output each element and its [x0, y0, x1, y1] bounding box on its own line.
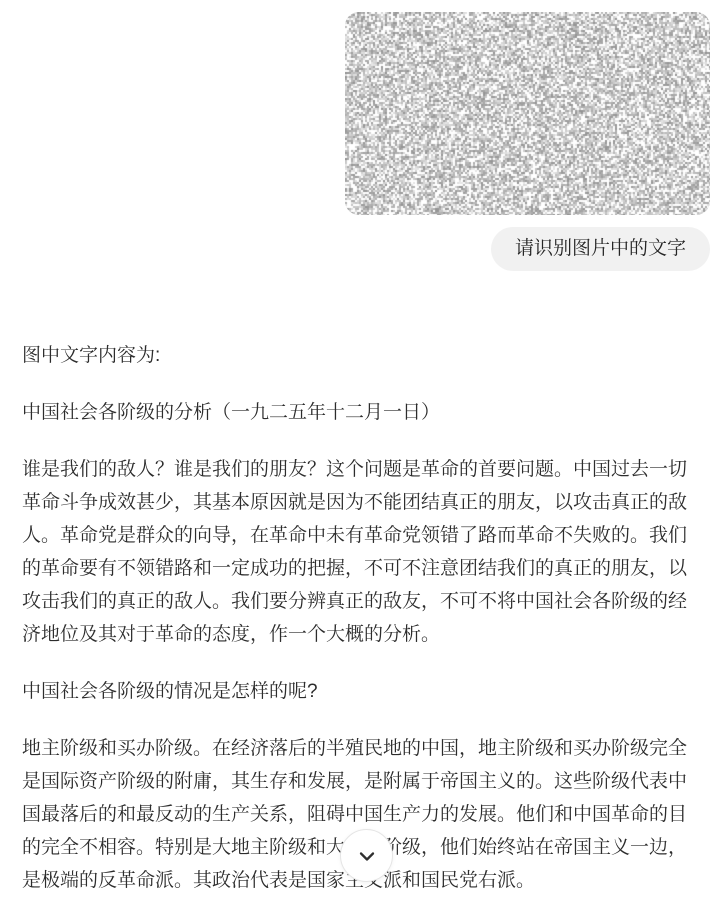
- chevron-down-icon: [355, 844, 379, 868]
- assistant-paragraph-body-1: 谁是我们的敌人？谁是我们的朋友？这个问题是革命的首要问题。中国过去一切革命斗争成…: [22, 453, 698, 651]
- noise-image-canvas: [345, 12, 710, 215]
- chat-page: 请识别图片中的文字 图中文字内容为: 中国社会各阶级的分析（一九二五年十二月一日…: [0, 0, 720, 900]
- assistant-message: 图中文字内容为: 中国社会各阶级的分析（一九二五年十二月一日） 谁是我们的敌人？…: [22, 339, 698, 897]
- user-message: 请识别图片中的文字: [0, 12, 720, 271]
- scroll-to-bottom-button[interactable]: [340, 829, 393, 882]
- assistant-paragraph-title: 中国社会各阶级的分析（一九二五年十二月一日）: [22, 396, 698, 429]
- user-message-bubble: 请识别图片中的文字: [491, 227, 710, 271]
- chat-transcript: 请识别图片中的文字 图中文字内容为: 中国社会各阶级的分析（一九二五年十二月一日…: [0, 0, 720, 897]
- user-message-text: 请识别图片中的文字: [515, 238, 686, 259]
- attached-image[interactable]: [345, 12, 710, 215]
- assistant-paragraph-intro: 图中文字内容为:: [22, 339, 698, 372]
- assistant-paragraph-question: 中国社会各阶级的情况是怎样的呢?: [22, 675, 698, 708]
